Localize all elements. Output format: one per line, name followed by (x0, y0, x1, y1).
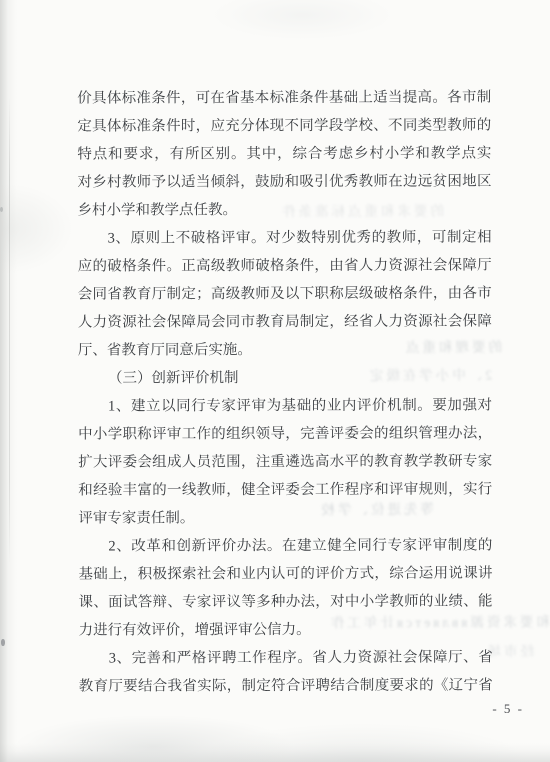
text-line: 会同省教育厅制定；高级教师及以下职称层级破格条件，由各市 (78, 279, 492, 308)
text-line: 应的破格条件。正高级教师破格条件，由省人力资源社会保障厅 (78, 251, 492, 280)
text-line: 厅、省教育厅同意后实施。 (78, 335, 492, 364)
text-line: 2、改革和创新评价办法。在建立健全同行专家评审制度的 (78, 531, 492, 560)
text-line: 乡村小学和教学点任教。 (77, 195, 491, 224)
scan-crease-line (9, 95, 10, 565)
text-line: 和经验丰富的一线教师，健全评委会工作程序和评审规则，实行 (78, 475, 492, 504)
text-line: 对乡村教师予以适当倾斜，鼓励和吸引优秀教师在边远贫困地区 (77, 167, 491, 196)
text-line: 评审专家责任制。 (78, 503, 492, 532)
text-line: 教育厅要结合我省实际，制定符合评聘结合制度要求的《辽宁省 (79, 671, 493, 700)
text-line: 课、面试答辩、专家评议等多种办法，对中小学教师的业绩、能 (79, 587, 493, 616)
document-lines: 价具体标准条件，可在省基本标准条件基础上适当提高。各市制定具体标准条件时，应充分… (77, 83, 493, 700)
text-line: 3、完善和严格评聘工作程序。省人力资源社会保障厅、省 (79, 643, 493, 672)
text-line: 基础上，积极探索社会和业内认可的评价方式，综合运用说课讲 (78, 559, 492, 588)
scanned-document-page: 的要求和重点标准条件 的要理和重点 2、中小学在级定 等先进位、学校 和要求资源… (0, 0, 550, 762)
text-line: （三）创新评价机制 (78, 363, 492, 392)
text-line: 扩大评委会组成人员范围，注重遴选高水平的教育教学教研专家 (78, 447, 492, 476)
text-line: 特点和要求，有所区别。其中，综合考虑乡村小学和教学点实际， (77, 139, 491, 168)
scan-speck (1, 639, 5, 646)
text-line: 人力资源社会保障局会同市教育局制定，经省人力资源社会保障 (78, 307, 492, 336)
text-line: 价具体标准条件，可在省基本标准条件基础上适当提高。各市制 (77, 83, 491, 112)
text-line: 3、原则上不破格评审。对少数特别优秀的教师，可制定相 (78, 223, 492, 252)
text-line: 中小学职称评审工作的组织领导，完善评委会的组织管理办法， (78, 419, 492, 448)
text-line: 定具体标准条件时，应充分体现不同学段学校、不同类型教师的 (77, 111, 491, 140)
text-line: 1、建立以同行专家评审为基础的业内评价机制。要加强对 (78, 391, 492, 420)
text-line: 力进行有效评价，增强评审公信力。 (79, 615, 493, 644)
scan-speck (0, 207, 3, 212)
page-number: - 5 - (492, 701, 524, 717)
